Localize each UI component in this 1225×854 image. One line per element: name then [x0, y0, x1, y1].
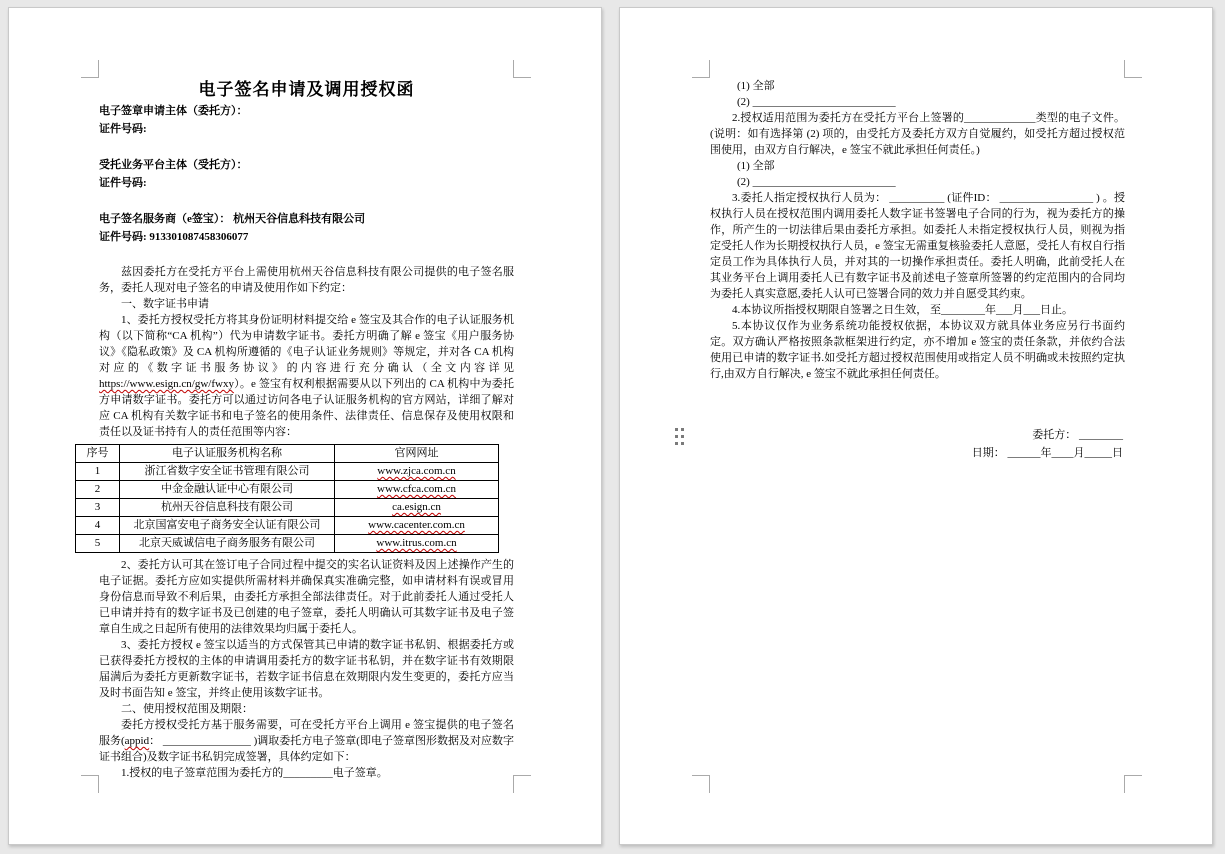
ca-url: www.itrus.com.cn — [335, 535, 499, 553]
ca-name: 北京国富安电子商务安全认证有限公司 — [120, 517, 335, 535]
table-row: 3 杭州天谷信息科技有限公司 ca.esign.cn — [76, 499, 499, 517]
table-header-row: 序号 电子认证服务机构名称 官网网址 — [76, 445, 499, 463]
col-header-index: 序号 — [76, 445, 120, 463]
row-index: 3 — [76, 499, 120, 517]
table-row: 2 中金金融认证中心有限公司 www.cfca.com.cn — [76, 481, 499, 499]
document-title: 电子签名申请及调用授权函 — [99, 78, 514, 102]
page-1-content: 电子签名申请及调用授权函 电子签章申请主体（委托方）： 证件号码: 受托业务平台… — [99, 78, 514, 781]
appid-text-post: ： ________________ )调取委托方电子签章(即电子签章图形数据及… — [99, 735, 514, 763]
service-agreement-url: https://www.esign.cn/gw/fwxy — [99, 378, 234, 390]
ca-url: ca.esign.cn — [335, 499, 499, 517]
ca-name: 中金金融认证中心有限公司 — [120, 481, 335, 499]
executor-paragraph: 3.委托人指定授权执行人员为： __________ (证件ID： ______… — [710, 190, 1125, 302]
appid-paragraph: 委托方授权受托方基于服务需要，可在受托方平台上调用 e 签宝提供的电子签名服务(… — [99, 717, 514, 765]
final-paragraph: 5.本协议仅作为业务系统功能授权依据，本协议双方就具体业务应另行书面约定。双方确… — [710, 318, 1125, 382]
party-client-id: 证件号码: — [99, 120, 514, 138]
clause-1-paragraph: 1、委托方授权受托方将其身份证明材料提交给 e 签宝及其合作的电子认证服务机构（… — [99, 312, 514, 440]
party-provider-title: 电子签名服务商（e签宝）： 杭州天谷信息科技有限公司 — [99, 210, 514, 228]
margin-crop-mark-bottom-right — [1124, 775, 1142, 793]
margin-crop-mark-top-left — [81, 60, 99, 78]
margin-crop-mark-bottom-left — [81, 775, 99, 793]
margin-crop-mark-bottom-right — [513, 775, 531, 793]
document-page-1: 电子签名申请及调用授权函 电子签章申请主体（委托方）： 证件号码: 受托业务平台… — [8, 7, 602, 845]
margin-crop-mark-top-left — [692, 60, 710, 78]
drag-handle-icon[interactable] — [675, 428, 684, 445]
margin-crop-mark-top-right — [513, 60, 531, 78]
ca-url: www.zjca.com.cn — [335, 463, 499, 481]
clause-2-paragraph: 2、委托方认可其在签订电子合同过程中提交的实名认证资料及因上述操作产生的电子证据… — [99, 557, 514, 637]
option-1-blank: (2) __________________________ — [710, 94, 1125, 110]
row-index: 5 — [76, 535, 120, 553]
section-2-heading: 二、使用授权范围及期限： — [99, 701, 514, 717]
table-row: 1 浙江省数字安全证书管理有限公司 www.zjca.com.cn — [76, 463, 499, 481]
ca-name: 北京天威诚信电子商务服务有限公司 — [120, 535, 335, 553]
intro-paragraph: 兹因委托方在受托方平台上需使用杭州天谷信息科技有限公司提供的电子签名服务，委托人… — [99, 264, 514, 296]
seal-scope-item: 1.授权的电子签章范围为委托方的_________电子签章。 — [99, 765, 514, 781]
row-index: 2 — [76, 481, 120, 499]
ca-institutions-table: 序号 电子认证服务机构名称 官网网址 1 浙江省数字安全证书管理有限公司 www… — [75, 444, 499, 553]
party-platform-id: 证件号码: — [99, 174, 514, 192]
appid-label: appid — [125, 735, 149, 747]
row-index: 1 — [76, 463, 120, 481]
table-row: 5 北京天威诚信电子商务服务有限公司 www.itrus.com.cn — [76, 535, 499, 553]
option-2-blank: (2) __________________________ — [710, 174, 1125, 190]
term-paragraph: 4.本协议所指授权期限自签署之日生效， 至________年___月___日止。 — [710, 302, 1125, 318]
party-block-provider: 电子签名服务商（e签宝）： 杭州天谷信息科技有限公司 证件号码: 9133010… — [99, 210, 514, 246]
document-canvas: 电子签名申请及调用授权函 电子签章申请主体（委托方）： 证件号码: 受托业务平台… — [0, 0, 1225, 854]
table-row: 4 北京国富安电子商务安全认证有限公司 www.cacenter.com.cn — [76, 517, 499, 535]
ca-name: 杭州天谷信息科技有限公司 — [120, 499, 335, 517]
signature-block: 委托方： ________ 日期： ______年____月_____日 — [710, 426, 1125, 462]
section-1-heading: 一、数字证书申请 — [99, 296, 514, 312]
signature-date-line: 日期： ______年____月_____日 — [710, 444, 1123, 462]
col-header-url: 官网网址 — [335, 445, 499, 463]
option-1-all: (1) 全部 — [710, 78, 1125, 94]
signature-party-line: 委托方： ________ — [710, 426, 1123, 444]
clause-1-text-pre: 1、委托方授权受托方将其身份证明材料提交给 e 签宝及其合作的电子认证服务机构（… — [99, 314, 514, 374]
option-2-all: (1) 全部 — [710, 158, 1125, 174]
document-page-2: (1) 全部 (2) __________________________ 2.… — [619, 7, 1213, 845]
col-header-name: 电子认证服务机构名称 — [120, 445, 335, 463]
party-platform-title: 受托业务平台主体（受托方）： — [99, 156, 514, 174]
party-client-title: 电子签章申请主体（委托方）： — [99, 102, 514, 120]
party-block-client: 电子签章申请主体（委托方）： 证件号码: — [99, 102, 514, 138]
party-provider-id: 证件号码: 913301087458306077 — [99, 228, 514, 246]
margin-crop-mark-bottom-left — [692, 775, 710, 793]
page-2-content: (1) 全部 (2) __________________________ 2.… — [710, 78, 1125, 462]
clause-3-paragraph: 3、委托方授权 e 签宝以适当的方式保管其已申请的数字证书私钥、根据委托方或已获… — [99, 637, 514, 701]
ca-url: www.cfca.com.cn — [335, 481, 499, 499]
ca-url: www.cacenter.com.cn — [335, 517, 499, 535]
party-block-platform: 受托业务平台主体（受托方）： 证件号码: — [99, 156, 514, 192]
row-index: 4 — [76, 517, 120, 535]
ca-name: 浙江省数字安全证书管理有限公司 — [120, 463, 335, 481]
margin-crop-mark-top-right — [1124, 60, 1142, 78]
scope-paragraph: 2.授权适用范围为委托方在受托方平台上签署的_____________类型的电子… — [710, 110, 1125, 158]
